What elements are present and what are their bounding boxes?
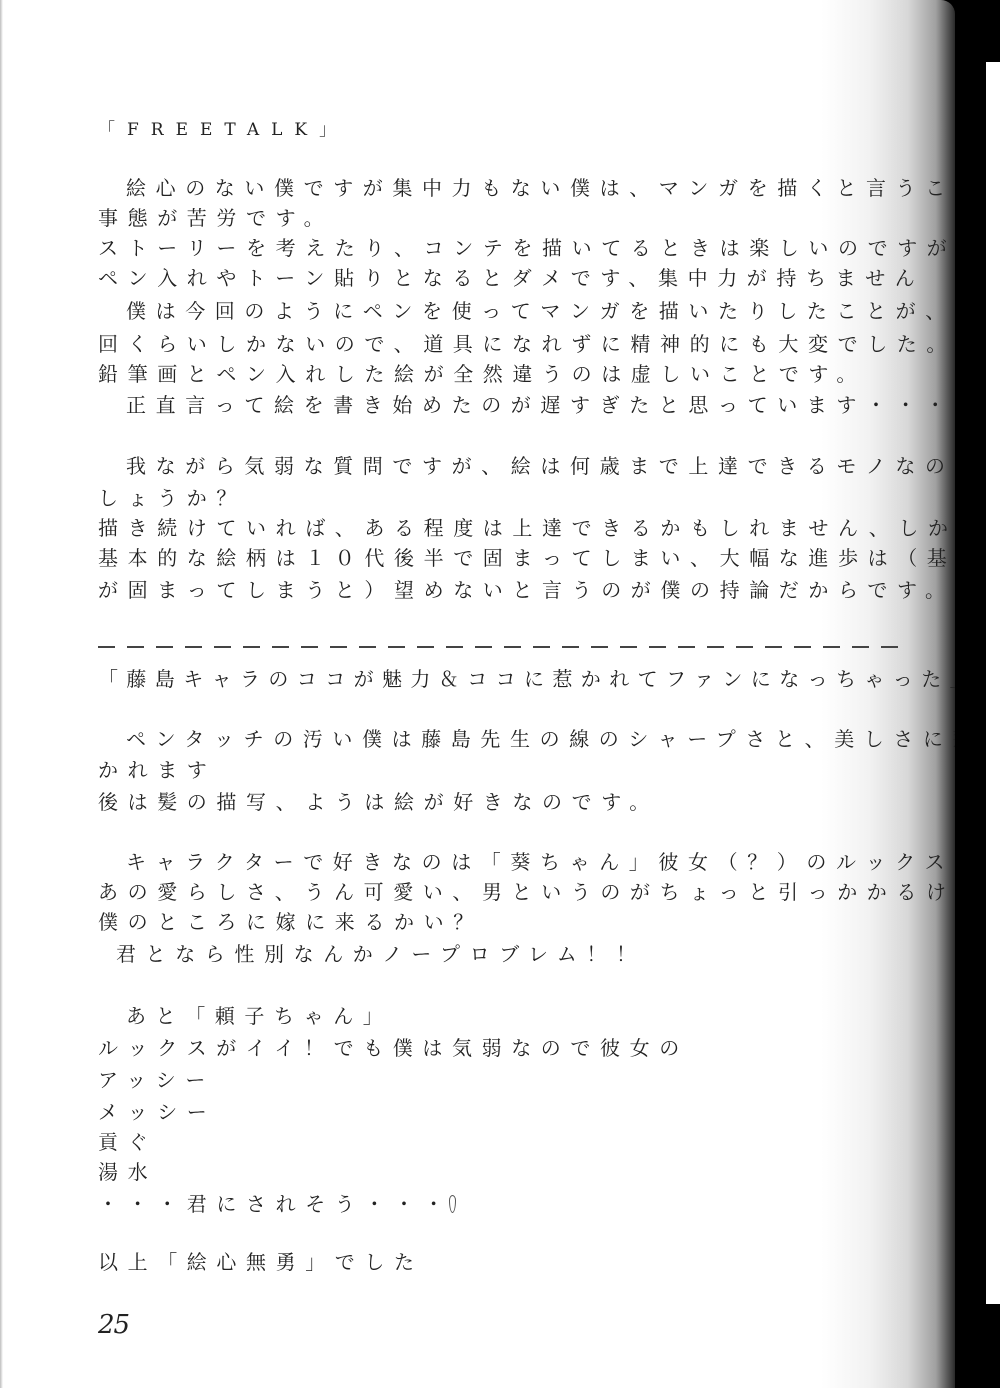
paragraph-line: かれます [98,758,216,782]
paragraph-line: 事態が苦労です。 [98,206,333,230]
paragraph-line: しょうか？ [98,486,246,510]
paragraph-last-line: ・・・君にされそう・・・ [98,1192,456,1216]
paragraph-line: あの愛らしさ、うん可愛い、男というのがちょっと引っかかるけど、 [98,880,1000,904]
paragraph-line: あと「頼子ちゃん」 [126,1004,392,1028]
paragraph-line: メッシー [98,1100,216,1124]
freetalk-title: 「FREETALK」 [98,118,348,142]
paragraph-line: ルックスがイイ！でも僕は気弱なので彼女の [98,1036,689,1060]
paragraph-line: 僕は今回のようにペンを使ってマンガを描いたりしたことが、３ [126,299,984,323]
paragraph-line: ストーリーを考えたり、コンテを描いてるときは楽しいのですが、 [98,236,986,260]
closing-line: 以上「絵心無勇」でした [98,1250,424,1274]
paragraph-line: 後は髪の描写、ようは絵が好きなのです。 [98,790,659,814]
paragraph-line: 君となら性別なんかノープロブレム！！ [116,942,646,966]
paragraph-line: が固まってしまうと）望めないと言うのが僕の持論だからです。 [98,578,955,602]
paragraph-line: 僕のところに嫁に来るかい？ [98,910,483,934]
page-left-edge [0,0,3,1388]
scanned-page: 「FREETALK」 絵心のない僕ですが集中力もない僕は、マンガを描くと言うこと… [0,0,955,1388]
paragraph-text: ・・・君にされそう・・・ [98,1192,453,1216]
paragraph-line: 鉛筆画とペン入れした絵が全然違うのは虚しいことです。 [98,362,866,386]
section-divider [98,646,906,648]
sweat-drop-icon [449,1195,456,1213]
paragraph-line: 正直言って絵を書き始めたのが遅すぎたと思っています・・・。 [126,393,984,417]
paragraph-line: アッシー [98,1068,215,1092]
paragraph-line: 貢ぐ [98,1130,157,1154]
heading-fujishima: 「藤島キャラのココが魅力＆ココに惹かれてファンになっちゃった」 [98,667,978,691]
paragraph-line: 絵心のない僕ですが集中力もない僕は、マンガを描くと言うこと [126,176,984,200]
paragraph-line: 基本的な絵柄は１０代後半で固まってしまい、大幅な進歩は（基本 [98,546,986,570]
page-number: 25 [98,1310,129,1340]
paragraph-line: ペン入れやトーン貼りとなるとダメです、集中力が持ちません [98,266,924,290]
paragraph-line: 湯水 [98,1160,157,1184]
paragraph-line: キャラクターで好きなのは「葵ちゃん」彼女（？）のルックスと [126,850,984,874]
paragraph-line: 描き続けていれば、ある程度は上達できるかもしれません、しかし [98,516,987,540]
paragraph-line: ペンタッチの汚い僕は藤島先生の線のシャープさと、美しさに惹 [126,727,982,751]
paragraph-line: 我ながら気弱な質問ですが、絵は何歳まで上達できるモノなので [126,454,984,478]
next-page-edge [986,62,1000,1304]
paragraph-line: 回くらいしかないので、道具になれずに精神的にも大変でした。 [98,332,956,356]
